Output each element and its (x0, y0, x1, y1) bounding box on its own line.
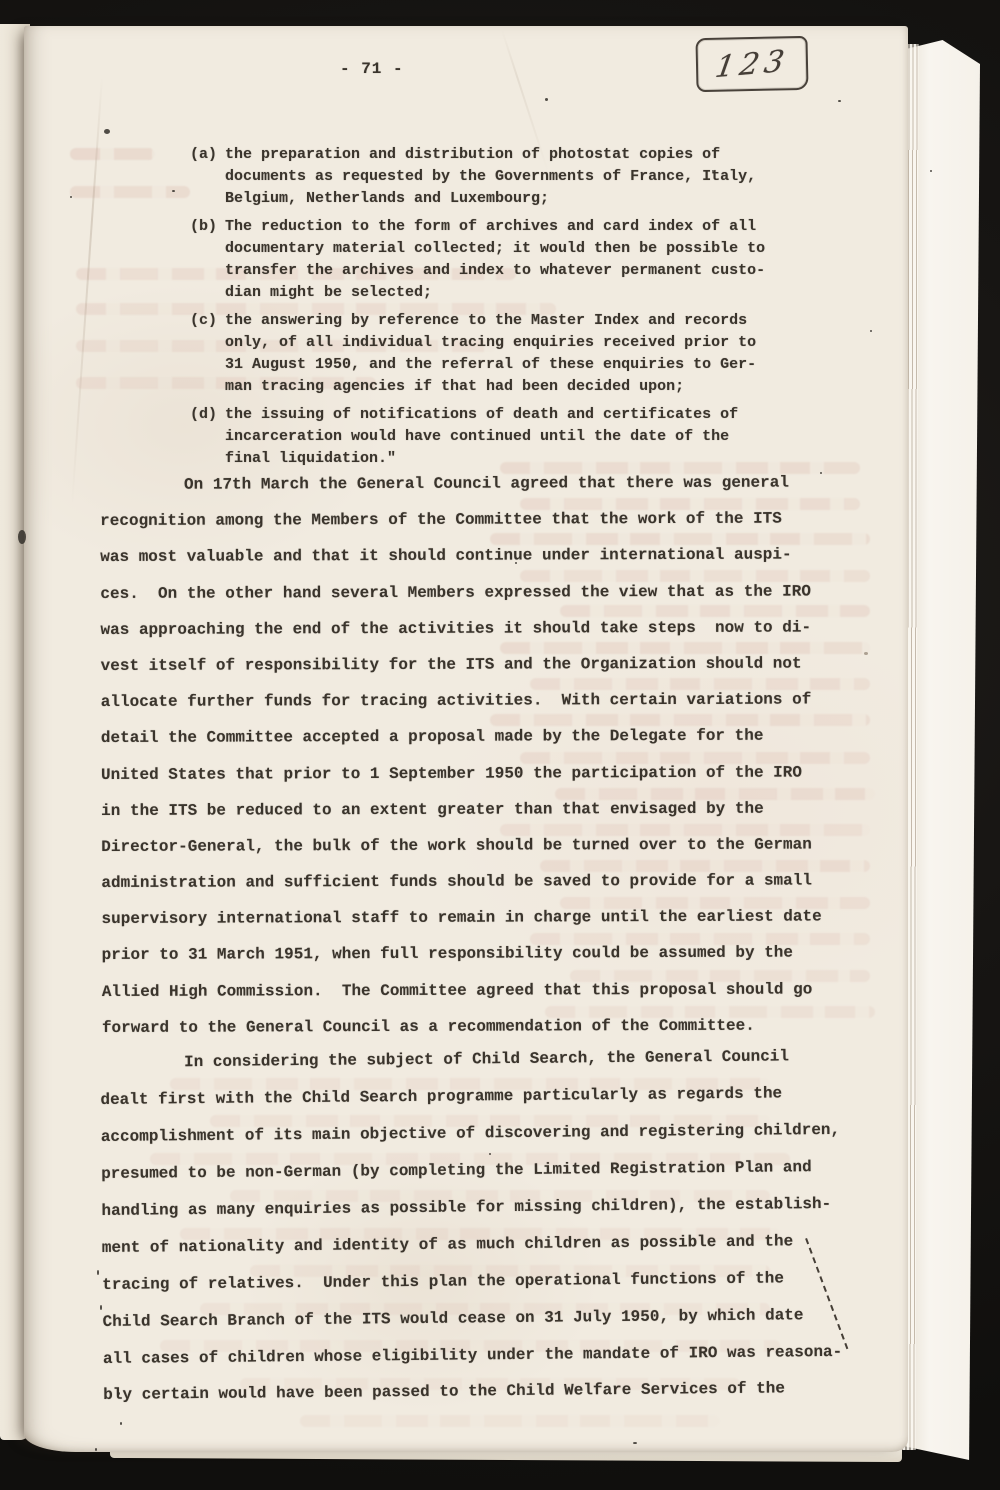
text-line: 31 August 1950, and the referral of thes… (225, 356, 756, 378)
text-line: documents as requested by the Government… (225, 168, 756, 190)
handwritten-archive-number: 123 (713, 43, 792, 85)
text-line: was approaching the end of the activitie… (101, 618, 901, 657)
list-item-text: the answering by reference to the Master… (225, 312, 756, 400)
page-content: - 71 - 123 (a) the preparation and distr… (24, 26, 908, 1452)
paragraph-child-search: In considering the subject of Child Sear… (100, 1046, 904, 1423)
text-line: man tracing agencies if that had been de… (225, 378, 756, 400)
text-line: incarceration would have continued until… (225, 428, 738, 450)
list-item-c: (c) the answering by reference to the Ma… (190, 312, 765, 400)
text-line: On 17th March the General Council agreed… (100, 473, 900, 512)
text-line: bly certain would have been passed to th… (103, 1379, 903, 1424)
page-number: - 71 - (340, 60, 404, 78)
list-item-b: (b) The reduction to the form of archive… (190, 218, 765, 306)
list-item-label: (b) (190, 218, 225, 306)
text-line: dian might be selected; (225, 284, 765, 306)
paragraph-its-continuation: On 17th March the General Council agreed… (100, 473, 902, 1055)
text-line: in the ITS be reduced to an extent great… (101, 799, 901, 838)
document-page: - 71 - 123 (a) the preparation and distr… (24, 26, 908, 1452)
text-line: allocate further funds for tracing activ… (101, 690, 901, 729)
text-line: transfer the archives and index to whate… (225, 262, 765, 284)
text-line: supervisory international staff to remai… (102, 907, 902, 946)
text-line: ces. On the other hand several Members e… (100, 582, 900, 621)
text-line: the issuing of notifications of death an… (225, 406, 738, 428)
text-line: vest itself of responsibility for the IT… (101, 654, 901, 693)
quoted-subparagraph-list: (a) the preparation and distribution of … (190, 146, 765, 478)
scanned-document-photo: - 71 - 123 (a) the preparation and distr… (0, 0, 1000, 1490)
text-line: detail the Committee accepted a proposal… (101, 727, 901, 766)
text-line: the preparation and distribution of phot… (225, 146, 756, 168)
text-line: prior to 31 March 1951, when full respon… (102, 944, 902, 983)
text-line: was most valuable and that it should con… (100, 546, 900, 585)
list-item-label: (d) (190, 406, 225, 472)
text-line: documentary material collected; it would… (225, 240, 765, 262)
text-line: administration and sufficient funds shou… (101, 871, 901, 910)
list-item-text: the issuing of notifications of death an… (225, 406, 738, 472)
text-line: final liquidation." (225, 450, 738, 472)
text-line: Director-General, the bulk of the work s… (101, 835, 901, 874)
archive-number-stamp-box: 123 (695, 36, 808, 92)
text-line: recognition among the Members of the Com… (100, 509, 900, 548)
list-item-label: (c) (190, 312, 225, 400)
list-item-text: The reduction to the form of archives an… (225, 218, 765, 306)
list-item-text: the preparation and distribution of phot… (225, 146, 756, 212)
list-item-a: (a) the preparation and distribution of … (190, 146, 765, 212)
text-line: Allied High Commission. The Committee ag… (102, 980, 902, 1019)
text-line: only, of all individual tracing enquirie… (225, 334, 756, 356)
list-item-d: (d) the issuing of notifications of deat… (190, 406, 765, 472)
text-line: The reduction to the form of archives an… (225, 218, 765, 240)
list-item-label: (a) (190, 146, 225, 212)
text-line: United States that prior to 1 September … (101, 763, 901, 802)
paper-crease (71, 76, 103, 505)
text-line: Belgium, Netherlands and Luxembourg; (225, 190, 756, 212)
text-line: the answering by reference to the Master… (225, 312, 756, 334)
